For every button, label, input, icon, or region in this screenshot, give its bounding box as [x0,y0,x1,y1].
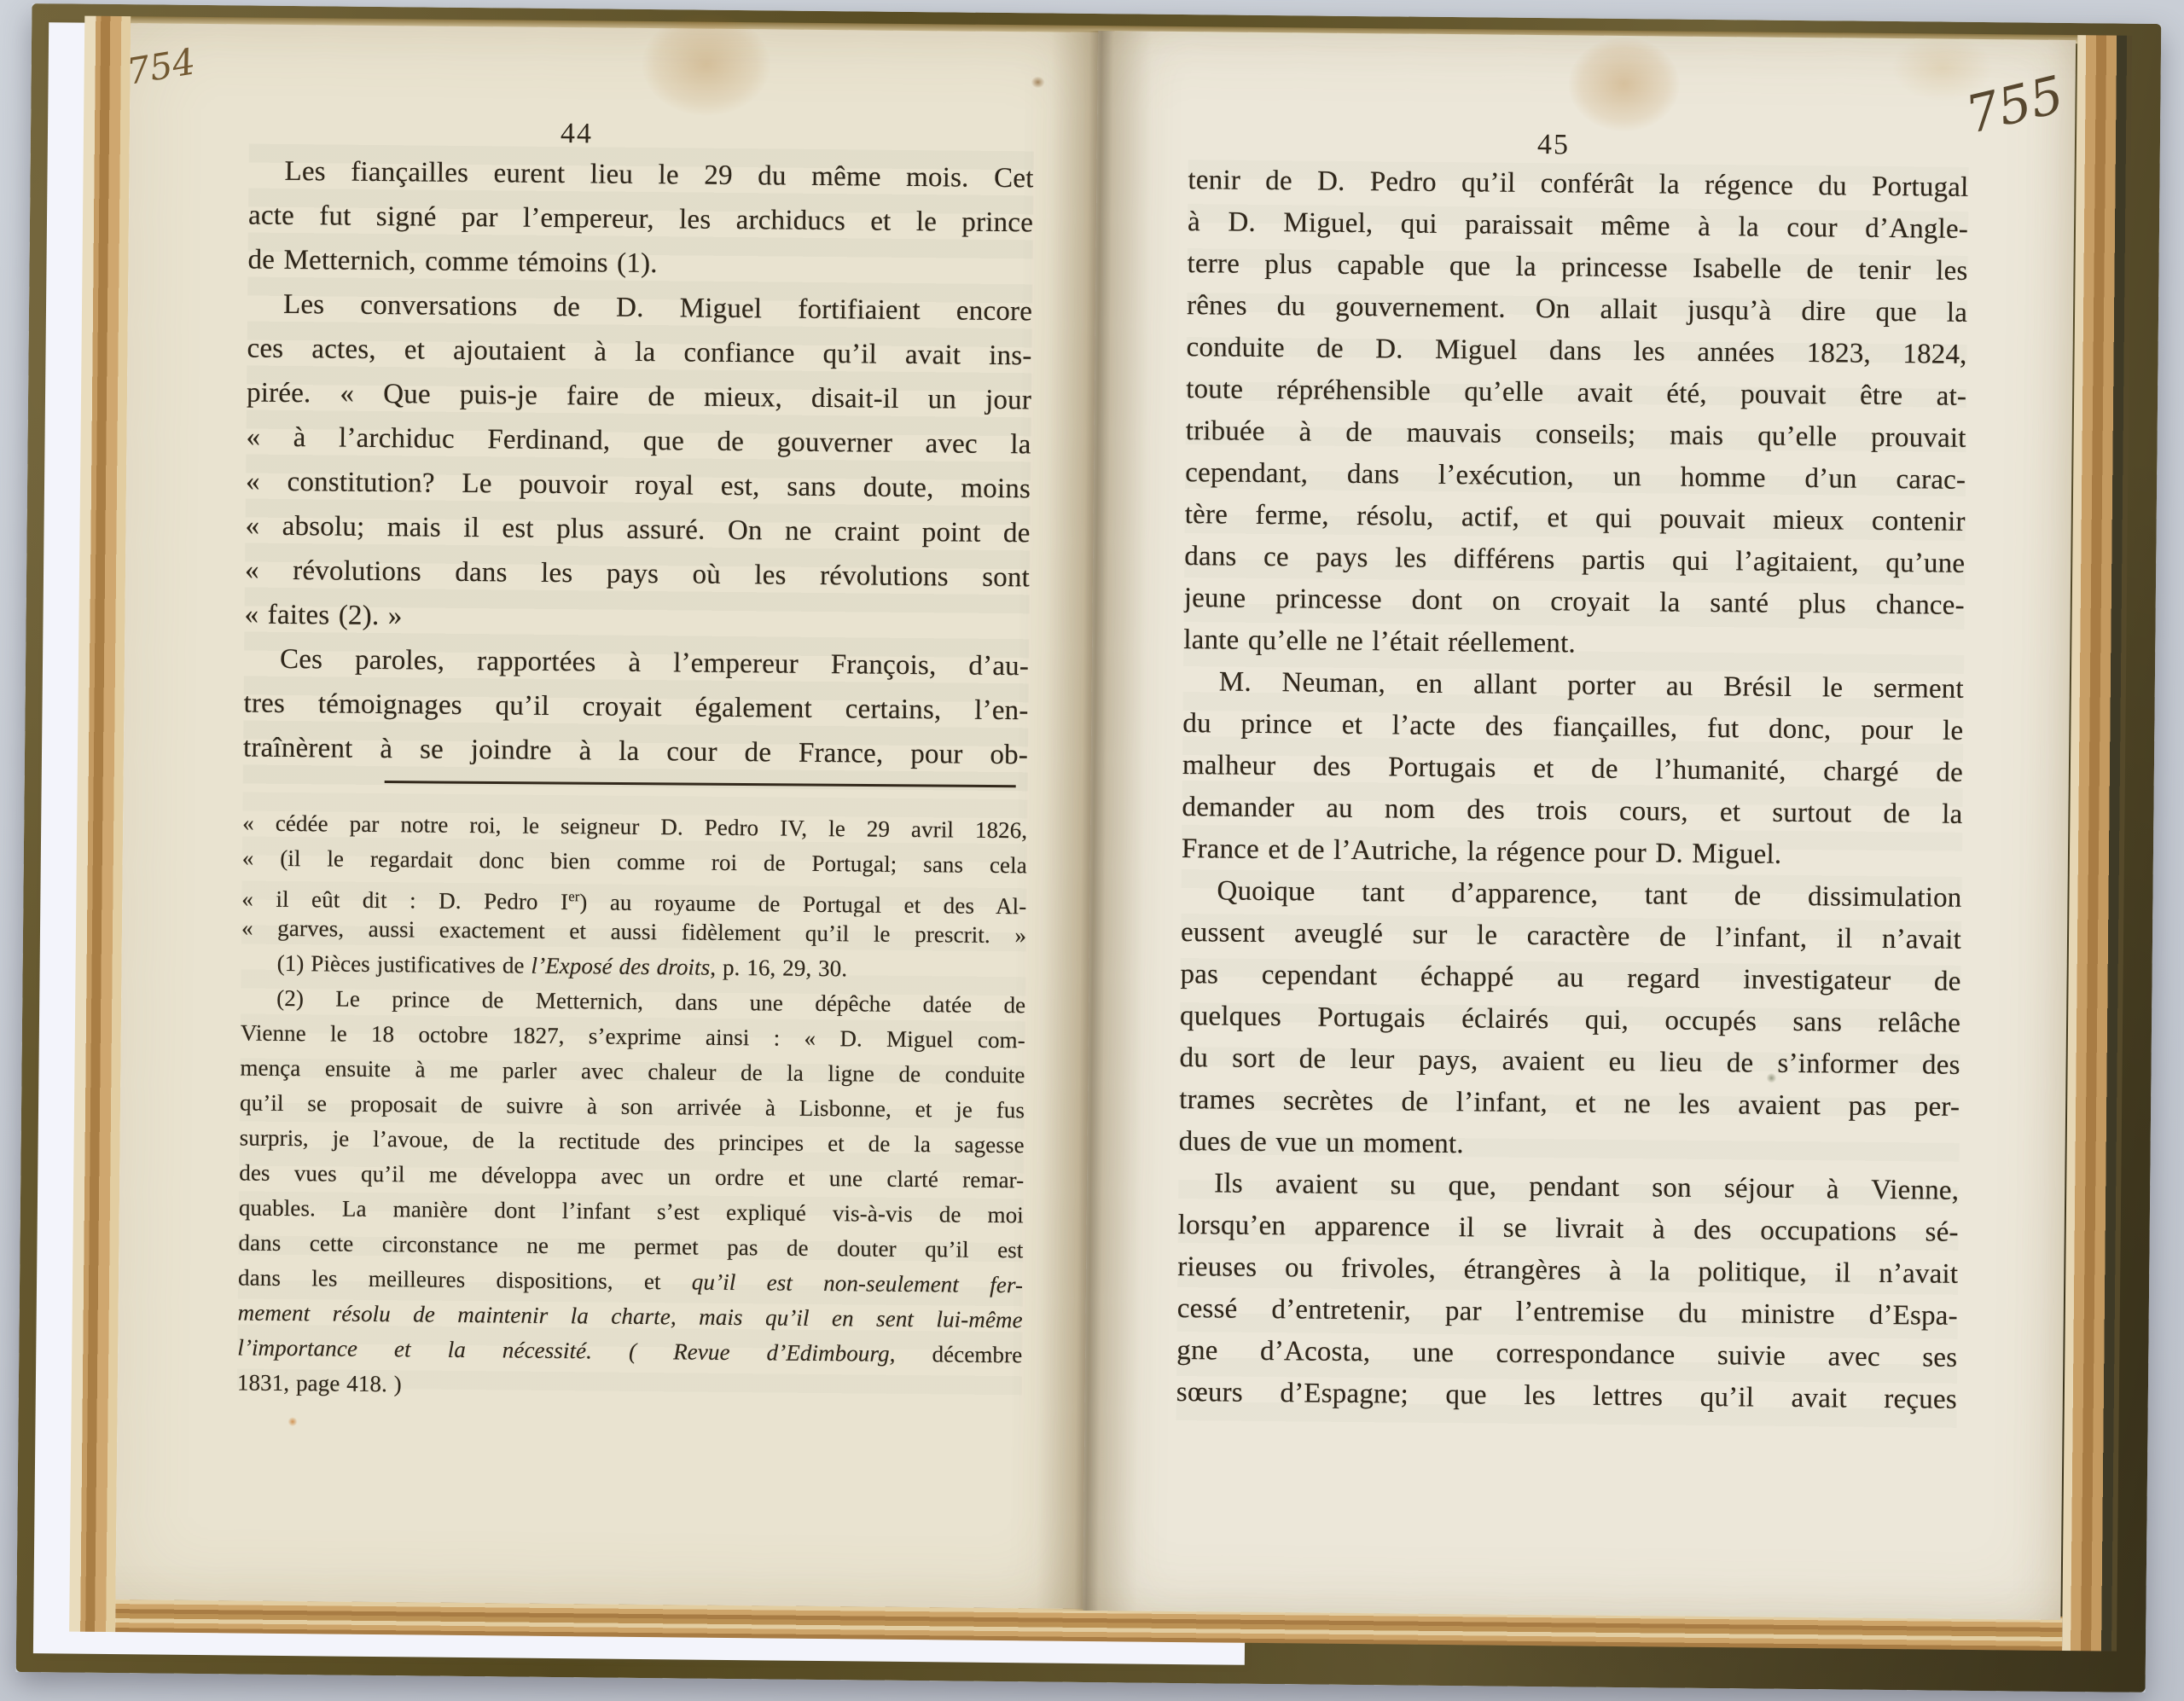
photo-scene: 754 44 Les fiançailles eurent lieu le 29… [0,0,2184,1701]
footnote-text-italic: l’importance et la nécessité. ( Revue d’… [237,1334,896,1366]
text-line: lante qu’elle ne l’était réellement. [1183,619,1964,669]
text-line: de Metternich, comme témoins (1). [247,238,1032,290]
page-block: 754 44 Les fiançailles eurent lieu le 29… [69,16,2132,1652]
footnote-text: dans les meilleures dispositions, et [238,1264,692,1294]
text-line: traînèrent à se joindre à la cour de Fra… [243,725,1028,777]
text-line: M. Neuman, en allant porter au Brésil le… [1183,661,1964,711]
footnote-text: décembre [895,1341,1022,1367]
text-line: rênes du gouvernement. On allait jusqu’à… [1187,285,1967,334]
text-line: cessé d’entretenir, par l’entremise du m… [1177,1288,1958,1338]
text-line: sœurs d’Espagne; que les lettres qu’il a… [1176,1372,1957,1421]
text-line: toute répréhensible qu’elle avait été, p… [1186,369,1966,418]
stain [1568,37,1680,131]
text-line: à D. Miguel, qui paraissait même à la co… [1188,201,1968,251]
text-line: tère ferme, résolu, actif, et qui pouvai… [1185,494,1966,543]
footnote-text-italic: qu’il est non-seulement fer- [692,1269,1023,1298]
text-line: tres témoignages qu’il croyait également… [243,681,1028,733]
text-line: « constitution? Le pouvoir royal est, sa… [246,459,1031,511]
text-line: jeune princesse dont on croyait la santé… [1184,578,1965,627]
text-line: « absolu; mais il est plus assuré. On ne… [245,503,1030,555]
text-line: du prince et l’acte des fiançailles, fut… [1182,703,1963,752]
text-line: dues de vue un moment. [1178,1121,1959,1170]
text-line: dans ce pays les différens partis qui l’… [1184,536,1965,585]
text-line: Ces paroles, rapportées à l’empereur Fra… [244,636,1029,688]
footnote-text-italic: l’Exposé des droits [531,953,710,980]
text-line: Les fiançailles eurent lieu le 29 du mêm… [248,149,1033,201]
text-line: « révolutions dans les pays où les révol… [245,548,1030,600]
main-text-block: Les fiançailles eurent lieu le 29 du mêm… [243,149,1034,778]
stain [1031,76,1045,88]
text-line: « faites (2). » [244,592,1029,644]
text-line: Quoique tant d’apparence, tant de dissim… [1181,870,1961,920]
handwritten-folio: 755 [1960,65,2070,146]
footnote-text: (1) Pièces justificatives de [277,950,531,978]
text-line: tribuée à de mauvais conseils; mais qu’e… [1185,410,1966,460]
text-line: demander au nom des trois cours, et surt… [1182,787,1962,836]
right-page: 755 45 tenir de D. Pedro qu’il conférât … [1083,31,2076,1620]
page-number: 44 [561,118,593,150]
text-line: conduite de D. Miguel dans les années 18… [1186,327,1966,376]
open-book: 754 44 Les fiançailles eurent lieu le 29… [16,3,2162,1692]
text-line: pirée. « Que puis-je faire de mieux, dis… [247,371,1031,423]
text-line: Les conversations de D. Miguel fortifiai… [247,282,1032,334]
text-line: acte fut signé par l’empereur, les archi… [248,194,1033,246]
text-line: terre plus capable que la princesse Isab… [1187,243,1967,293]
text-line: ces actes, et ajoutaient à la confiance … [247,327,1031,379]
text-line: cependant, dans l’exécution, un homme d’… [1185,452,1966,502]
text-line: pas cependant échappé au regard investig… [1180,954,1960,1003]
text-line: malheur des Portugais et de l’humanité, … [1182,745,1963,794]
text-line: Ils avaient su que, pendant son séjour à… [1178,1163,1959,1212]
text-line: eussent aveuglé sur le caractère de l’in… [1181,912,1961,961]
text-line: tenir de D. Pedro qu’il conférât la rége… [1188,160,1968,209]
footnote-block: « cédée par notre roi, le seigneur D. Pe… [237,805,1028,1408]
stain [288,1417,297,1426]
main-text-block: tenir de D. Pedro qu’il conférât la rége… [1176,160,1969,1421]
text-line: lorsqu’en apparence il se livrait à des … [1178,1205,1959,1254]
text-line: « à l’archiduc Ferdinand, que de gouvern… [246,415,1031,467]
text-line: rieuses ou frivoles, étrangères à la pol… [1177,1246,1958,1296]
superscript: er [568,888,579,904]
footnote-rule [385,781,1016,787]
text-line: gne d’Acosta, une correspondance suivie … [1176,1330,1957,1379]
text-line: quelques Portugais éclairés qui, occupés… [1180,996,1960,1045]
handwritten-folio: 754 [124,40,198,92]
footnote-text: , p. 16, 29, 30. [710,955,847,982]
text-line: France et de l’Autriche, la régence pour… [1182,828,1962,878]
text-line: du sort de leur pays, avaient eu lieu de… [1179,1037,1960,1087]
page-number: 45 [1537,129,1570,161]
text-line: trames secrètes de l’infant, et ne les a… [1179,1079,1960,1129]
left-page: 754 44 Les fiançailles eurent lieu le 29… [115,23,1098,1609]
